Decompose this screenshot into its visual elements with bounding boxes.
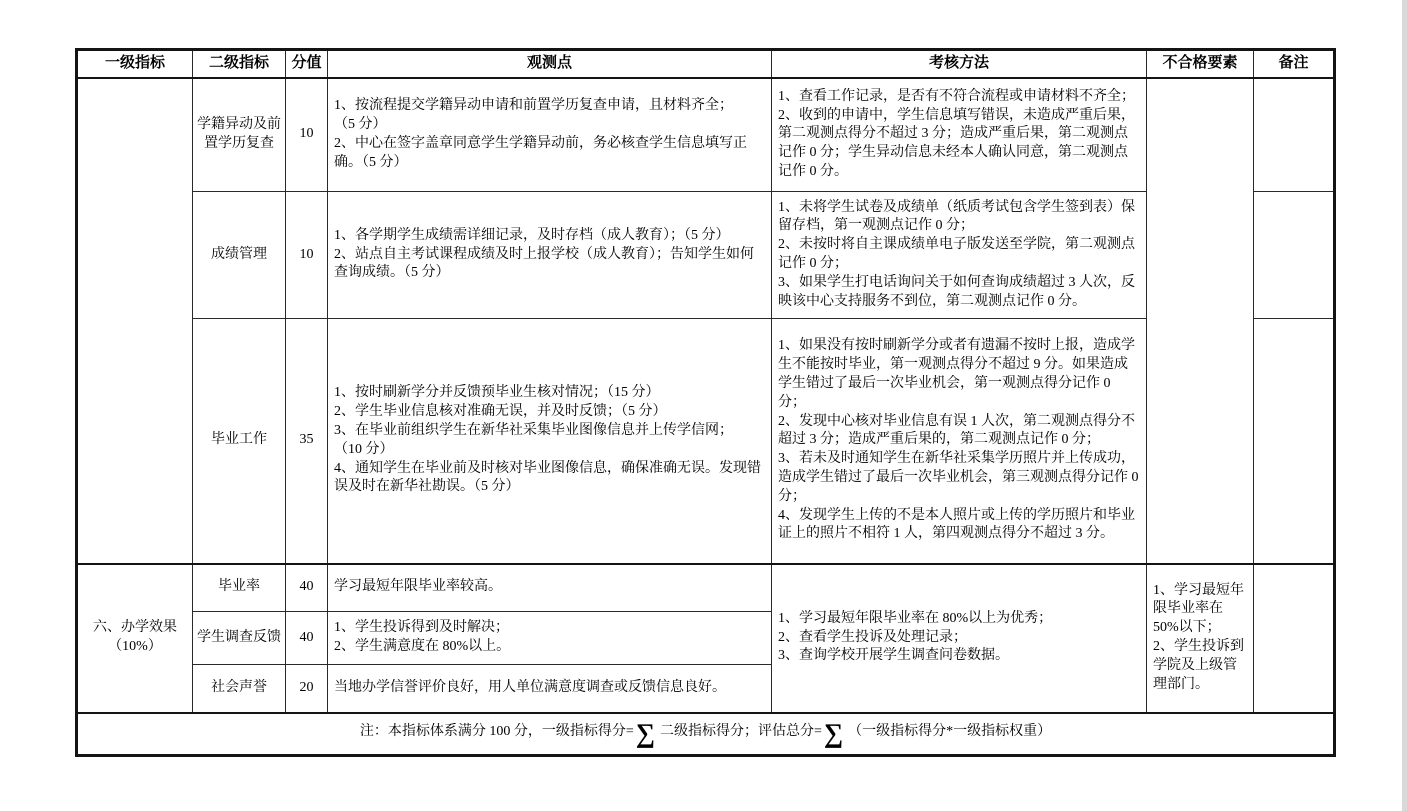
- cell-section1-level1: [77, 78, 193, 564]
- header-level1-indicator: 一级指标: [77, 50, 193, 78]
- table-row-biye: 毕业工作 35 1、按时刷新学分并反馈预毕业生核对情况；（15 分） 2、学生毕…: [77, 319, 1335, 564]
- cell-r2-score: 10: [286, 192, 328, 319]
- cell-r2-observation: 1、各学期学生成绩需详细记录，及时存档（成人教育）；（5 分） 2、站点自主考试…: [328, 192, 772, 319]
- header-remarks: 备注: [1254, 50, 1335, 78]
- footnote-suffix: （一级指标得分*一级指标权重）: [848, 724, 1051, 739]
- cell-section2-method: 1、学习最短年限毕业率在 80%以上为优秀； 2、查看学生投诉及处理记录； 3、…: [772, 564, 1147, 713]
- header-row: 一级指标 二级指标 分值 观测点 考核方法 不合格要素 备注: [77, 50, 1335, 78]
- cell-r4-score: 40: [286, 564, 328, 612]
- header-assessment-method: 考核方法: [772, 50, 1147, 78]
- footnote-prefix: 注：本指标体系满分 100 分，一级指标得分=: [360, 724, 634, 739]
- cell-section2-remark: [1254, 564, 1335, 713]
- cell-r3-remark: [1254, 319, 1335, 564]
- cell-r1-remark: [1254, 78, 1335, 192]
- sigma-symbol: ∑: [636, 720, 655, 747]
- footnote-cell: 注：本指标体系满分 100 分，一级指标得分=∑二级指标得分；评估总分=∑（一级…: [77, 713, 1335, 756]
- footnote-row: 注：本指标体系满分 100 分，一级指标得分=∑二级指标得分；评估总分=∑（一级…: [77, 713, 1335, 756]
- sigma-symbol: ∑: [824, 720, 843, 747]
- table-row-xueji: 学籍异动及前置学历复查 10 1、按流程提交学籍异动申请和前置学历复查申请，且材…: [77, 78, 1335, 192]
- cell-r4-observation: 学习最短年限毕业率较高。: [328, 564, 772, 612]
- table-row-chengji: 成绩管理 10 1、各学期学生成绩需详细记录，及时存档（成人教育）；（5 分） …: [77, 192, 1335, 319]
- header-unqualified-elements: 不合格要素: [1147, 50, 1254, 78]
- cell-r5-observation: 1、学生投诉得到及时解决； 2、学生满意度在 80%以上。: [328, 612, 772, 665]
- cell-r2-level2: 成绩管理: [193, 192, 286, 319]
- header-score: 分值: [286, 50, 328, 78]
- cell-r5-score: 40: [286, 612, 328, 665]
- cell-r1-observation: 1、按流程提交学籍异动申请和前置学历复查申请，且材料齐全； （5 分） 2、中心…: [328, 78, 772, 192]
- cell-r2-remark: [1254, 192, 1335, 319]
- cell-section2-level1: 六、办学效果 （10%）: [77, 564, 193, 713]
- cell-section1-unqualified: [1147, 78, 1254, 564]
- cell-r6-level2: 社会声誉: [193, 665, 286, 713]
- cell-r3-observation: 1、按时刷新学分并反馈预毕业生核对情况；（15 分） 2、学生毕业信息核对准确无…: [328, 319, 772, 564]
- cell-r1-level2: 学籍异动及前置学历复查: [193, 78, 286, 192]
- cell-r4-level2: 毕业率: [193, 564, 286, 612]
- cell-r2-method: 1、未将学生试卷及成绩单（纸质考试包含学生签到表）保留存档，第一观测点记作 0 …: [772, 192, 1147, 319]
- cell-r3-method: 1、如果没有按时刷新学分或者有遗漏不按时上报，造成学生不能按时毕业，第一观测点得…: [772, 319, 1147, 564]
- header-level2-indicator: 二级指标: [193, 50, 286, 78]
- cell-r1-score: 10: [286, 78, 328, 192]
- evaluation-rubric-table: 一级指标 二级指标 分值 观测点 考核方法 不合格要素 备注 学籍异动及前置学历…: [75, 48, 1336, 757]
- cell-section2-unqualified: 1、学习最短年限毕业率在 50%以下； 2、学生投诉到学院及上级管理部门。: [1147, 564, 1254, 713]
- header-observation-points: 观测点: [328, 50, 772, 78]
- table-row-biyelv: 六、办学效果 （10%） 毕业率 40 学习最短年限毕业率较高。 1、学习最短年…: [77, 564, 1335, 612]
- cell-r6-score: 20: [286, 665, 328, 713]
- cell-r3-level2: 毕业工作: [193, 319, 286, 564]
- cell-r6-observation: 当地办学信誉评价良好，用人单位满意度调查或反馈信息良好。: [328, 665, 772, 713]
- footnote-middle: 二级指标得分；评估总分=: [660, 724, 822, 739]
- cell-r5-level2: 学生调查反馈: [193, 612, 286, 665]
- scrollbar-track[interactable]: [1402, 0, 1407, 811]
- cell-r1-method: 1、查看工作记录，是否有不符合流程或申请材料不齐全； 2、收到的申请中，学生信息…: [772, 78, 1147, 192]
- document-page: 一级指标 二级指标 分值 观测点 考核方法 不合格要素 备注 学籍异动及前置学历…: [0, 0, 1407, 811]
- cell-r3-score: 35: [286, 319, 328, 564]
